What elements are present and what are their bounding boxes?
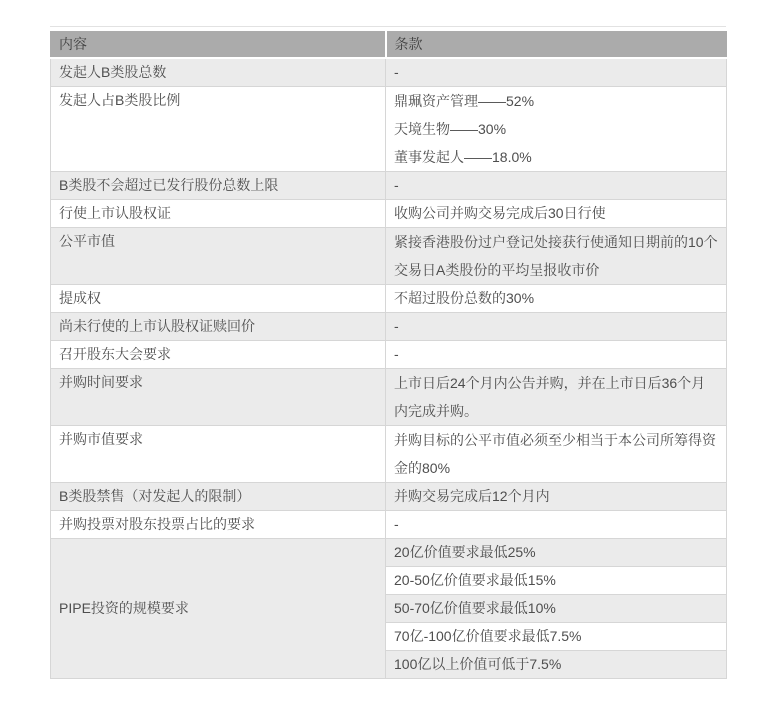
terms-cell: 紧接香港股份过户登记处接获行使通知日期前的10个交易日A类股份的平均呈报收市价 [386, 228, 727, 285]
terms-cell: 50-70亿价值要求最低10% [386, 595, 727, 623]
content-cell: 并购市值要求 [51, 426, 386, 483]
terms-cell: 不超过股份总数的30% [386, 285, 727, 313]
content-cell: 召开股东大会要求 [51, 341, 386, 369]
terms-cell: - [386, 313, 727, 341]
table-row: B类股禁售（对发起人的限制） 并购交易完成后12个月内 [51, 483, 727, 511]
table-row: 公平市值 紧接香港股份过户登记处接获行使通知日期前的10个交易日A类股份的平均呈… [51, 228, 727, 285]
terms-cell: 20亿价值要求最低25% [386, 539, 727, 567]
content-cell: 行使上市认股权证 [51, 200, 386, 228]
table-row: 发起人占B类股比例 鼎珮资产管理——52% 天境生物——30% 董事发起人——1… [51, 87, 727, 172]
content-cell: B类股不会超过已发行股份总数上限 [51, 172, 386, 200]
terms-cell: 收购公司并购交易完成后30日行使 [386, 200, 727, 228]
terms-line: 鼎珮资产管理——52% [394, 87, 718, 115]
table-row: 并购投票对股东投票占比的要求 - [51, 511, 727, 539]
content-cell: 并购时间要求 [51, 369, 386, 426]
terms-table: 内容 条款 发起人B类股总数 - 发起人占B类股比例 鼎珮资产管理——52% 天… [50, 31, 727, 679]
table-row: 行使上市认股权证 收购公司并购交易完成后30日行使 [51, 200, 727, 228]
terms-cell: 鼎珮资产管理——52% 天境生物——30% 董事发起人——18.0% [386, 87, 727, 172]
table-row: 并购市值要求 并购目标的公平市值必须至少相当于本公司所筹得资金的80% [51, 426, 727, 483]
content-cell: B类股禁售（对发起人的限制） [51, 483, 386, 511]
table-row: 发起人B类股总数 - [51, 58, 727, 87]
terms-line: 董事发起人——18.0% [394, 143, 718, 171]
table-row: 提成权 不超过股份总数的30% [51, 285, 727, 313]
content-cell: 提成权 [51, 285, 386, 313]
terms-cell: 上市日后24个月内公告并购，并在上市日后36个月内完成并购。 [386, 369, 727, 426]
terms-cell: - [386, 58, 727, 87]
terms-cell: 并购目标的公平市值必须至少相当于本公司所筹得资金的80% [386, 426, 727, 483]
table-row: 并购时间要求 上市日后24个月内公告并购，并在上市日后36个月内完成并购。 [51, 369, 727, 426]
column-header-content: 内容 [51, 32, 386, 59]
table-row: 召开股东大会要求 - [51, 341, 727, 369]
table-row: 尚未行使的上市认股权证赎回价 - [51, 313, 727, 341]
content-cell: 尚未行使的上市认股权证赎回价 [51, 313, 386, 341]
content-cell: 并购投票对股东投票占比的要求 [51, 511, 386, 539]
column-header-terms: 条款 [386, 32, 727, 59]
terms-cell: 并购交易完成后12个月内 [386, 483, 727, 511]
content-cell: 发起人B类股总数 [51, 58, 386, 87]
content-cell: 发起人占B类股比例 [51, 87, 386, 172]
terms-line: 天境生物——30% [394, 115, 718, 143]
table-row-pipe: PIPE投资的规模要求 20亿价值要求最低25% [51, 539, 727, 567]
terms-cell: - [386, 172, 727, 200]
terms-cell: 20-50亿价值要求最低15% [386, 567, 727, 595]
terms-cell: - [386, 511, 727, 539]
terms-cell: 100亿以上价值可低于7.5% [386, 651, 727, 679]
header-row: 内容 条款 [51, 32, 727, 59]
terms-cell: - [386, 341, 727, 369]
terms-cell: 70亿-100亿价值要求最低7.5% [386, 623, 727, 651]
content-cell-pipe-merged: PIPE投资的规模要求 [51, 539, 386, 679]
table-row: B类股不会超过已发行股份总数上限 - [51, 172, 727, 200]
content-cell: 公平市值 [51, 228, 386, 285]
terms-table-container: 内容 条款 发起人B类股总数 - 发起人占B类股比例 鼎珮资产管理——52% 天… [50, 26, 726, 679]
